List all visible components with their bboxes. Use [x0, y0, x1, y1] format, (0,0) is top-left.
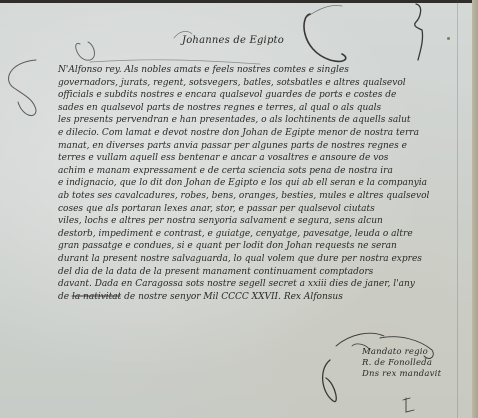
text-line: e dilecio. Com lamat e devot nostre don … — [58, 127, 453, 140]
text-line: del dia de la data de la present manamen… — [58, 266, 453, 279]
text-line: achim e manam expressament e de certa sc… — [58, 165, 453, 178]
text-line: durant la present nostre salvaguarda, lo… — [58, 253, 453, 266]
text-line: les presents pervendran e han presentade… — [58, 114, 453, 127]
text-line: gran passatge e condues, si e quant per … — [58, 240, 453, 253]
text-line: sades en qualsevol parts de nostres regn… — [58, 102, 453, 115]
document-heading: Johannes de Egipto — [182, 35, 284, 46]
signature-block: Mandato regio R. de Fonolleda Dns rex ma… — [362, 347, 441, 380]
text-line: davant. Dada en Caragossa sots nostre se… — [58, 278, 453, 291]
text-line: destorb, impediment e contrast, e guiatg… — [58, 228, 453, 241]
text-line: viles, lochs e altres per nostra senyori… — [58, 215, 453, 228]
text-line: officials e subdits nostres e encara qua… — [58, 89, 453, 102]
signature-line: R. de Fonolleda — [362, 358, 441, 369]
text-line: de la nativitat de nostre senyor Mil CCC… — [58, 291, 453, 304]
signature-line: Dns rex mandavit — [362, 369, 441, 380]
signature-line: Mandato regio — [362, 347, 441, 358]
text-line: terres e vullam aquell ess bentenar e an… — [58, 152, 453, 165]
document-body: N'Alfonso rey. Als nobles amats e feels … — [58, 64, 453, 303]
text-line: ab totes ses cavalcadures, robes, bens, … — [58, 190, 453, 203]
text-line: N'Alfonso rey. Als nobles amats e feels … — [58, 64, 453, 77]
text-line: coses que als portaran lexes anar, stor,… — [58, 203, 453, 216]
text-line: governadors, jurats, regent, sotsvegers,… — [58, 77, 453, 90]
manuscript-page: Johannes de Egipto N'Alfonso rey. Als no… — [0, 0, 478, 418]
text-line: e indignacio, que lo dit don Johan de Eg… — [58, 177, 453, 190]
text-line: manat, en diverses parts anvia passar pe… — [58, 140, 453, 153]
